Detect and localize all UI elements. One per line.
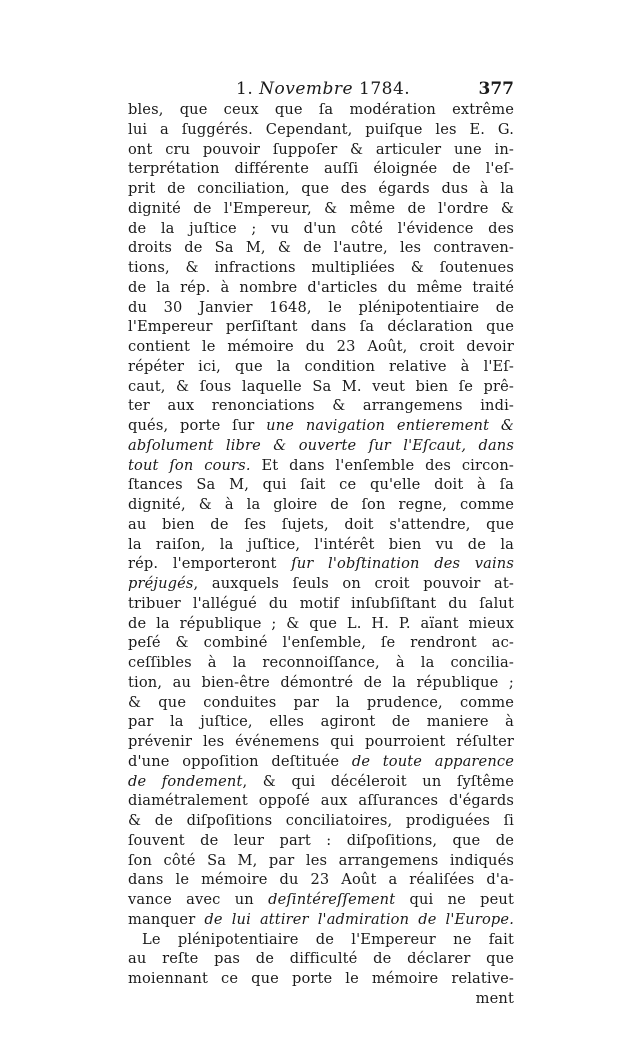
text-span: & de diſpoſitions conciliatoires, prodig… — [128, 812, 514, 829]
header-date: 1. Novembre 1784. — [236, 78, 410, 100]
text-span: ſtances Sa M, qui ſait ce qu'elle doit à… — [128, 476, 514, 493]
text-line: prévenir les événemens qui pourroient ré… — [128, 732, 514, 752]
text-line: de la juſtice ; vu d'un côté l'évidence … — [128, 219, 514, 239]
text-line: prit de conciliation, que des égards dus… — [128, 179, 514, 199]
text-line: manquer de lui attirer l'admiration de l… — [128, 910, 514, 930]
text-line: répéter ici, que la condition relative à… — [128, 357, 514, 377]
text-span: vance avec un — [128, 891, 268, 908]
italic-text-span: préjugés — [128, 575, 194, 592]
text-line: du 30 Janvier 1648, le plénipotentiaire … — [128, 298, 514, 318]
text-span: ter aux renonciations & arrangemens indi… — [128, 397, 514, 414]
text-span: contient le mémoire du 23 Août, croit de… — [128, 338, 514, 355]
text-line: lui a ſuggérés. Cependant, puiſque les E… — [128, 120, 514, 140]
text-line: droits de Sa M, & de l'autre, les contra… — [128, 238, 514, 258]
text-line: d'une oppoſition deſtituée de toute appa… — [128, 752, 514, 772]
text-span: tion, au bien-être démontré de la républ… — [128, 674, 514, 691]
text-span: diamétralement oppoſé aux aſſurances d'é… — [128, 792, 514, 809]
text-span: manquer — [128, 911, 204, 928]
text-line: préjugés, auxquels ſeuls on croit pouvoi… — [128, 574, 514, 594]
text-span: Et dans l'enſemble des circon- — [251, 457, 514, 474]
italic-text-span: de lui attirer l'admiration de l'Europe. — [204, 911, 514, 928]
text-line: par la juſtice, elles agiront de maniere… — [128, 712, 514, 732]
text-line: tout ſon cours. Et dans l'enſemble des c… — [128, 456, 514, 476]
text-line: tions, & infractions multipliées & ſoute… — [128, 258, 514, 278]
date-month: Novembre — [259, 79, 353, 99]
text-span: au bien de ſes ſujets, doit s'attendre, … — [128, 516, 514, 533]
text-line: ſouvent de leur part : diſpoſitions, que… — [128, 831, 514, 851]
text-line: & de diſpoſitions conciliatoires, prodig… — [128, 811, 514, 831]
text-span: ſouvent de leur part : diſpoſitions, que… — [128, 832, 514, 849]
page-body-text: bles, que ceux que ſa modération extrême… — [128, 100, 514, 1009]
date-day: 1. — [236, 79, 253, 99]
text-line: Le plénipotentiaire de l'Empereur ne fai… — [128, 930, 514, 950]
text-line: l'Empereur perſiſtant dans ſa déclaratio… — [128, 317, 514, 337]
text-line: de fondement, & qui décéleroit un ſyſtêm… — [128, 772, 514, 792]
text-span: qui ne peut — [395, 891, 514, 908]
text-line: diamétralement oppoſé aux aſſurances d'é… — [128, 791, 514, 811]
text-line: & que conduites par la prudence, comme — [128, 693, 514, 713]
text-line: moiennant ce que porte le mémoire relati… — [128, 969, 514, 989]
text-span: dignité, & à la gloire de ſon regne, com… — [128, 496, 514, 513]
text-line: vance avec un deſintéreſſement qui ne pe… — [128, 890, 514, 910]
text-span: , & qui décéleroit un ſyſtême — [242, 773, 514, 790]
text-span: rép. l'emporteront — [128, 555, 291, 572]
text-span: prit de conciliation, que des égards dus… — [128, 180, 514, 197]
italic-text-span: abſolument libre & ouverte ſur l'Eſcaut,… — [128, 437, 514, 454]
text-line: peſé & combiné l'enſemble, ſe rendront a… — [128, 633, 514, 653]
date-year: 1784. — [359, 79, 410, 99]
text-line: qués, porte ſur une navigation entiereme… — [128, 416, 514, 436]
book-page: 1. Novembre 1784. 377 bles, que ceux que… — [128, 78, 514, 1009]
text-line: dans le mémoire du 23 Août a réaliſées d… — [128, 870, 514, 890]
text-span: & que conduites par la prudence, comme — [128, 694, 514, 711]
text-line: ſtances Sa M, qui ſait ce qu'elle doit à… — [128, 475, 514, 495]
text-span: de la rép. à nombre d'articles du même t… — [128, 279, 514, 296]
text-span: répéter ici, que la condition relative à… — [128, 358, 514, 375]
text-span: de la juſtice ; vu d'un côté l'évidence … — [128, 220, 514, 237]
text-span: caut, & ſous laquelle Sa M. veut bien ſe… — [128, 378, 514, 395]
text-line: tribuer l'allégué du motif inſubſiſtant … — [128, 594, 514, 614]
italic-text-span: de toute apparence — [352, 753, 514, 770]
text-span: terprétation différente auſſi éloignée d… — [128, 160, 514, 177]
text-line: de la république ; & que L. H. P. aïant … — [128, 614, 514, 634]
text-span: dignité de l'Empereur, & même de l'ordre… — [128, 200, 514, 217]
text-line: ter aux renonciations & arrangemens indi… — [128, 396, 514, 416]
italic-text-span: une navigation entierement & — [266, 417, 514, 434]
text-line: la raiſon, la juſtice, l'intérêt bien vu… — [128, 535, 514, 555]
text-span: du 30 Janvier 1648, le plénipotentiaire … — [128, 299, 514, 316]
text-span: ment — [476, 990, 514, 1007]
text-span: droits de Sa M, & de l'autre, les contra… — [128, 239, 514, 256]
text-span: prévenir les événemens qui pourroient ré… — [128, 733, 514, 750]
italic-text-span: deſintéreſſement — [268, 891, 395, 908]
text-span: au reſte pas de difficulté de déclarer q… — [128, 950, 514, 967]
text-span: de la république ; & que L. H. P. aïant … — [128, 615, 514, 632]
text-span: moiennant ce que porte le mémoire relati… — [128, 970, 514, 987]
text-line: contient le mémoire du 23 Août, croit de… — [128, 337, 514, 357]
text-span: l'Empereur perſiſtant dans ſa déclaratio… — [128, 318, 514, 335]
text-span: d'une oppoſition deſtituée — [128, 753, 352, 770]
text-line: bles, que ceux que ſa modération extrême — [128, 100, 514, 120]
text-span: lui a ſuggérés. Cependant, puiſque les E… — [128, 121, 514, 138]
italic-text-span: de fondement — [128, 773, 242, 790]
text-line: caut, & ſous laquelle Sa M. veut bien ſe… — [128, 377, 514, 397]
text-span: Le plénipotentiaire de l'Empereur ne fai… — [142, 931, 514, 948]
text-line: ſon côté Sa M, par les arrangemens indiq… — [128, 851, 514, 871]
page-number: 377 — [479, 78, 515, 100]
text-line: au reſte pas de difficulté de déclarer q… — [128, 949, 514, 969]
text-span: peſé & combiné l'enſemble, ſe rendront a… — [128, 634, 514, 651]
text-span: qués, porte ſur — [128, 417, 266, 434]
text-line: dignité, & à la gloire de ſon regne, com… — [128, 495, 514, 515]
text-span: dans le mémoire du 23 Août a réaliſées d… — [128, 871, 514, 888]
italic-text-span: ſur l'obſtination des vains — [291, 555, 514, 572]
text-span: ceſſibles à la reconnoiſſance, à la conc… — [128, 654, 514, 671]
text-span: , auxquels ſeuls on croit pouvoir at- — [194, 575, 514, 592]
text-line: ment — [128, 989, 514, 1009]
text-span: ſon côté Sa M, par les arrangemens indiq… — [128, 852, 514, 869]
text-span: tions, & infractions multipliées & ſoute… — [128, 259, 514, 276]
running-header: 1. Novembre 1784. 377 — [128, 78, 514, 100]
text-line: abſolument libre & ouverte ſur l'Eſcaut,… — [128, 436, 514, 456]
text-span: ont cru pouvoir ſuppoſer & articuler une… — [128, 141, 514, 158]
italic-text-span: tout ſon cours. — [128, 457, 251, 474]
text-line: ont cru pouvoir ſuppoſer & articuler une… — [128, 140, 514, 160]
text-line: terprétation différente auſſi éloignée d… — [128, 159, 514, 179]
text-line: ceſſibles à la reconnoiſſance, à la conc… — [128, 653, 514, 673]
text-line: rép. l'emporteront ſur l'obſtination des… — [128, 554, 514, 574]
text-line: dignité de l'Empereur, & même de l'ordre… — [128, 199, 514, 219]
text-span: bles, que ceux que ſa modération extrême — [128, 101, 514, 118]
text-line: au bien de ſes ſujets, doit s'attendre, … — [128, 515, 514, 535]
text-line: de la rép. à nombre d'articles du même t… — [128, 278, 514, 298]
text-span: par la juſtice, elles agiront de maniere… — [128, 713, 514, 730]
text-span: la raiſon, la juſtice, l'intérêt bien vu… — [128, 536, 514, 553]
text-line: tion, au bien-être démontré de la républ… — [128, 673, 514, 693]
text-span: tribuer l'allégué du motif inſubſiſtant … — [128, 595, 514, 612]
